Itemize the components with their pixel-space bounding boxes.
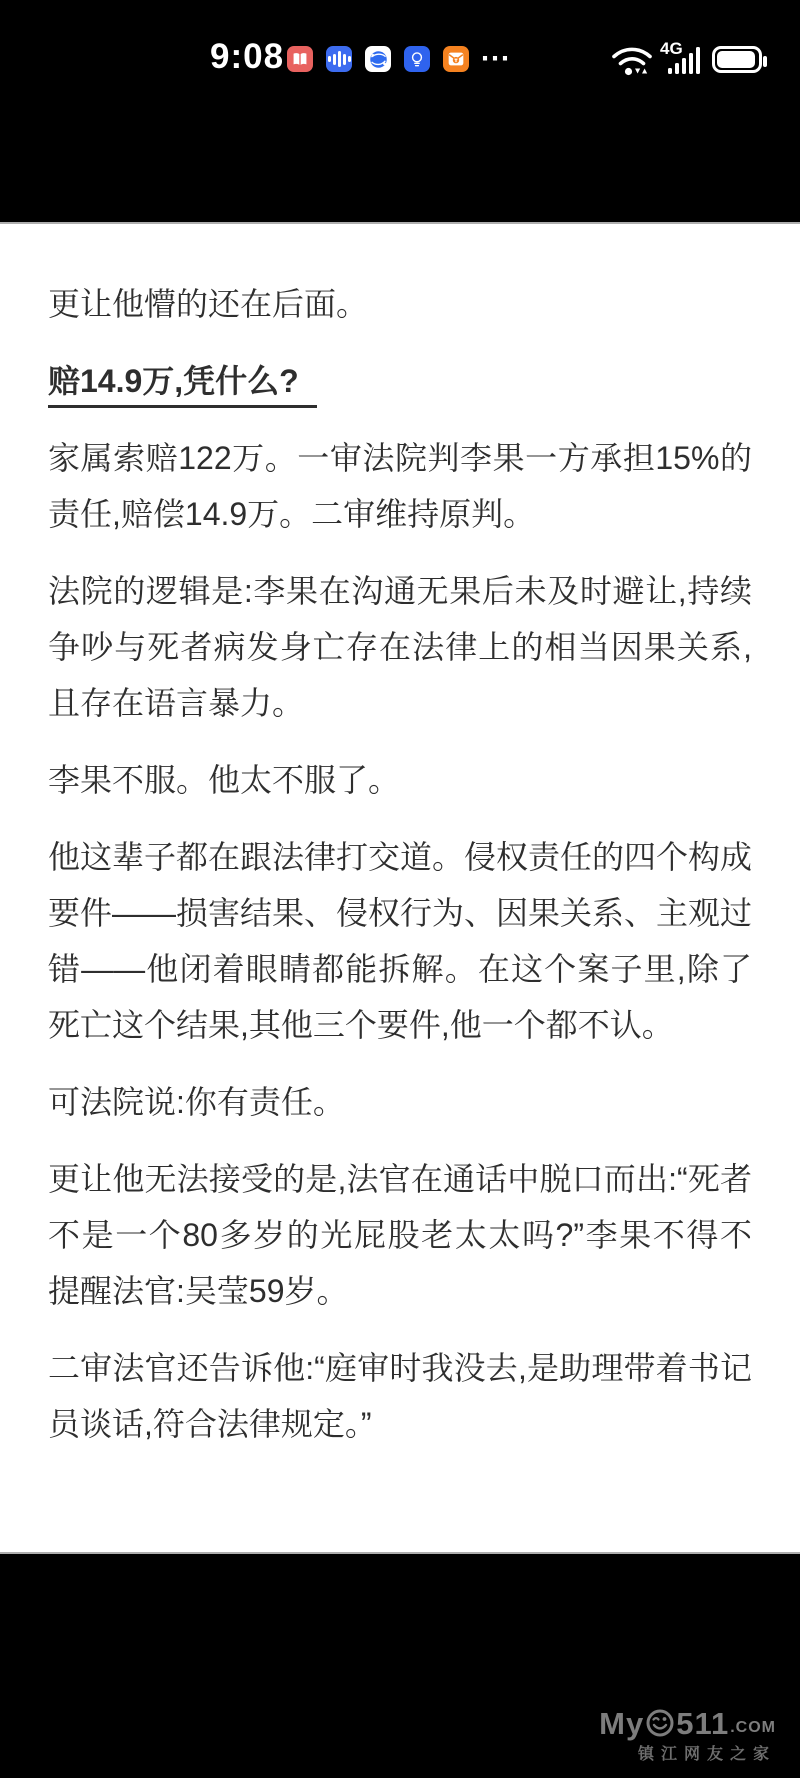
wifi-icon bbox=[610, 44, 654, 83]
signal-bars-icon bbox=[668, 47, 700, 74]
watermark-logo-digits: 511 bbox=[676, 1709, 729, 1739]
lightbulb-notification-icon bbox=[404, 46, 430, 72]
smiley-icon bbox=[646, 1709, 674, 1742]
article-paragraph: 家属索赔122万。一审法院判李果一方承担15%的责任,赔偿14.9万。二审维持原… bbox=[48, 430, 752, 542]
article-paragraph: 李果不服。他太不服了。 bbox=[48, 752, 752, 808]
watermark-tagline: 镇江网友之家 bbox=[599, 1741, 776, 1764]
phone-screenshot: 9:08 bbox=[0, 0, 800, 1778]
site-watermark: My 511 .COM 镇江网友之家 bbox=[599, 1706, 776, 1764]
more-notifications-icon: ⋯ bbox=[480, 44, 512, 74]
book-notification-icon bbox=[287, 46, 313, 72]
wallet-notification-icon bbox=[443, 46, 469, 72]
globe-notification-icon bbox=[365, 46, 391, 72]
article-paragraph: 更让他无法接受的是,法官在通话中脱口而出:“死者不是一个80多岁的光屁股老太太吗… bbox=[48, 1151, 752, 1319]
article-paragraph: 他这辈子都在跟法律打交道。侵权责任的四个构成要件——损害结果、侵权行为、因果关系… bbox=[48, 829, 752, 1053]
article-page: 更让他懵的还在后面。 赔14.9万,凭什么? 家属索赔122万。一审法院判李果一… bbox=[0, 222, 800, 1554]
notification-icons bbox=[287, 46, 469, 72]
status-bar-clock: 9:08 bbox=[210, 40, 284, 74]
watermark-logo-suffix: .COM bbox=[730, 1717, 776, 1739]
article-paragraph: 二审法官还告诉他:“庭审时我没去,是助理带着书记员谈话,符合法律规定。” bbox=[48, 1340, 752, 1452]
article-paragraph: 可法院说:你有责任。 bbox=[48, 1074, 752, 1130]
cellular-signal-icon: 4G bbox=[660, 40, 706, 76]
voice-wave-notification-icon bbox=[326, 46, 352, 72]
watermark-logo-prefix: My bbox=[599, 1709, 644, 1739]
article-paragraph: 法院的逻辑是:李果在沟通无果后未及时避让,持续争吵与死者病发身亡存在法律上的相当… bbox=[48, 563, 752, 731]
article-paragraph: 更让他懵的还在后面。 bbox=[48, 276, 752, 332]
battery-icon bbox=[712, 46, 762, 73]
article-heading: 赔14.9万,凭什么? bbox=[48, 353, 752, 409]
